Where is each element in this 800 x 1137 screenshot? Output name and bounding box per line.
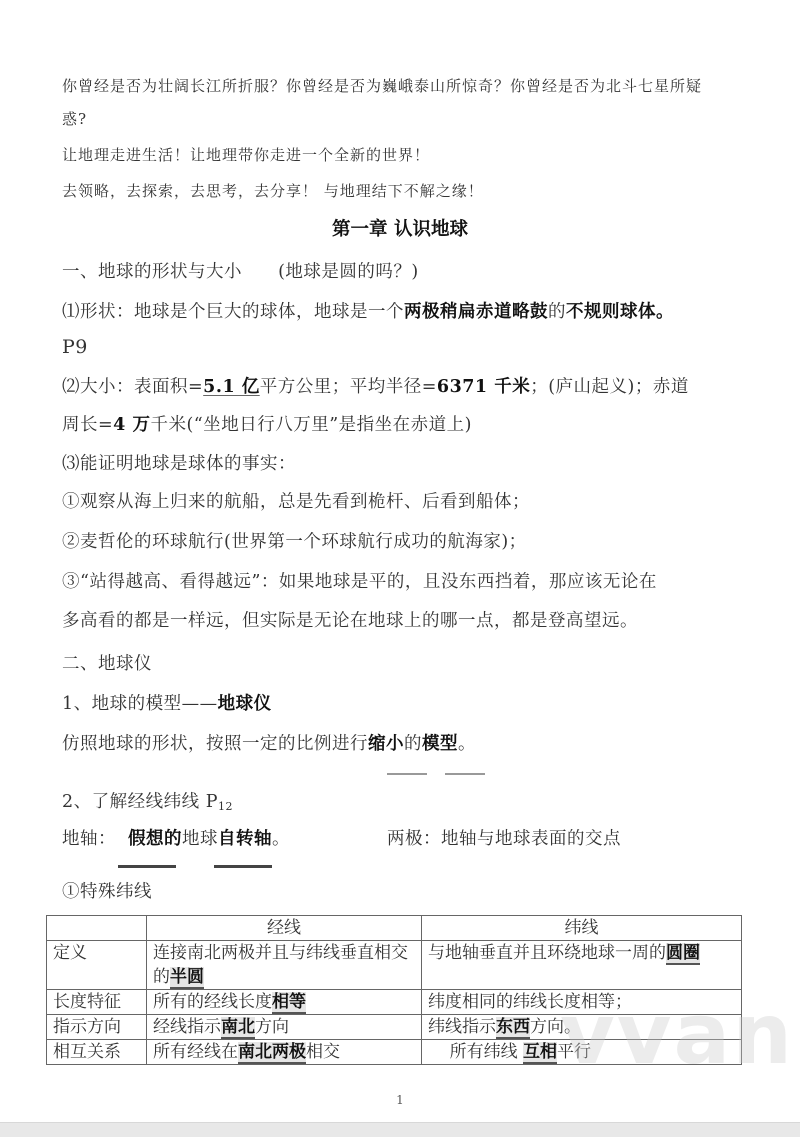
meridian-parallel-text: 2、了解经线纬线 P [62, 792, 218, 812]
model-bold-2: 模型 [422, 734, 458, 754]
axis-suffix: 。 [272, 829, 290, 849]
blank-underline-2 [445, 773, 485, 775]
cell-text: 方向。 [530, 1017, 581, 1037]
blank-underline-3 [118, 865, 176, 868]
cell-highlight: 东西 [496, 1017, 530, 1039]
globe-model-prefix: 1、地球的模型—— [62, 694, 218, 714]
special-lines-heading: ①特殊纬线 [62, 878, 152, 903]
circumference-value: 4 万 [113, 415, 150, 435]
intro-line-1: 你曾经是否为壮阔长江所折服？你曾经是否为巍峨泰山所惊奇？你曾经是否为北斗七星所疑 [62, 75, 702, 96]
table-header-row: 经线 纬线 [47, 916, 742, 941]
parallel-cell: 纬线指示东西方向。 [422, 1015, 742, 1040]
cell-text: 平行 [557, 1042, 591, 1062]
blank-underline-4 [214, 865, 272, 868]
parallel-cell: 纬度相同的纬线长度相等； [422, 990, 742, 1015]
meridian-cell: 所有的经线长度相等 [147, 990, 422, 1015]
shape-bold-2: 不规则球体。 [566, 302, 674, 322]
table-header-parallel: 纬线 [422, 916, 742, 941]
cell-highlight: 南北两极 [238, 1042, 306, 1064]
model-prefix: 仿照地球的形状，按照一定的比例进行 [62, 734, 368, 754]
intro-line-2: 让地理走进生活！让地理带你走进一个全新的世界！ [62, 144, 430, 165]
cell-text: 所有纬线 [428, 1042, 523, 1062]
page-ref-subscript: 12 [218, 800, 233, 813]
cell-text: 纬度相同的纬线长度相等； [428, 992, 632, 1012]
intro-line-1-cont: 惑? [62, 108, 87, 129]
axis-bold-2: 自转轴 [218, 829, 272, 849]
globe-model-line: 1、地球的模型——地球仪 [62, 690, 272, 715]
radius-value: 6371 千米 [437, 377, 530, 397]
parallel-cell: 所有纬线 互相平行 [422, 1040, 742, 1065]
parallel-cell: 与地轴垂直并且环绕地球一周的圆圈 [422, 941, 742, 990]
table-row: 相互关系 所有经线在南北两极相交 所有纬线 互相平行 [47, 1040, 742, 1065]
row-label: 长度特征 [47, 990, 147, 1015]
table-header-empty [47, 916, 147, 941]
cell-text: 所有经线在 [153, 1042, 238, 1062]
axis-label: 地轴： [62, 829, 116, 849]
cell-highlight: 圆圈 [666, 943, 700, 965]
cell-text: 方向 [255, 1017, 289, 1037]
document-page: 你曾经是否为壮阔长江所折服？你曾经是否为巍峨泰山所惊奇？你曾经是否为北斗七星所疑… [0, 0, 800, 1137]
section-2-heading: 二、地球仪 [62, 650, 152, 675]
axis-mid: 地球 [182, 829, 218, 849]
circumference-suffix: 千米(“坐地日行八万里”是指坐在赤道上) [150, 415, 472, 435]
row-label: 定义 [47, 941, 147, 990]
size-mid-2: ；(庐山起义)；赤道 [530, 377, 689, 397]
page-number: 1 [0, 1093, 800, 1107]
row-label: 指示方向 [47, 1015, 147, 1040]
section-1-heading-note: (地球是圆的吗？) [278, 262, 419, 282]
shape-mid: 的 [548, 302, 566, 322]
cell-highlight: 相等 [272, 992, 306, 1014]
cell-highlight: 南北 [221, 1017, 255, 1039]
cell-text: 纬线指示 [428, 1017, 496, 1037]
section-1-heading: 一、地球的形状与大小 (地球是圆的吗？) [62, 258, 419, 283]
size-prefix: ⑵大小：表面积= [62, 377, 203, 397]
globe-model-bold: 地球仪 [218, 694, 272, 714]
cell-text: 相交 [306, 1042, 340, 1062]
model-mid: 的 [404, 734, 422, 754]
evidence-item-1: ①观察从海上归来的航船，总是先看到桅杆、后看到船体； [62, 488, 530, 513]
axis-line: 地轴：假想的地球自转轴。 [62, 825, 290, 850]
evidence-item-2: ②麦哲伦的环球航行(世界第一个环球航行成功的航海家)； [62, 528, 527, 553]
evidence-heading: ⑶能证明地球是球体的事实： [62, 450, 296, 475]
table-row: 定义 连接南北两极并且与纬线垂直相交的半圆 与地轴垂直并且环绕地球一周的圆圈 [47, 941, 742, 990]
intro-line-3: 去领略，去探索，去思考，去分享！ 与地理结下不解之缘！ [62, 180, 484, 201]
size-line-2: 周长=4 万千米(“坐地日行八万里”是指坐在赤道上) [62, 411, 472, 436]
cell-text: 与地轴垂直并且环绕地球一周的 [428, 943, 666, 963]
size-line-1: ⑵大小：表面积=5.1 亿平方公里；平均半径=6371 千米；(庐山起义)；赤道 [62, 373, 689, 398]
shape-bold-1: 两极稍扁赤道略鼓 [404, 302, 548, 322]
shape-line: ⑴形状：地球是个巨大的球体，地球是一个两极稍扁赤道略鼓的不规则球体。 [62, 298, 674, 323]
cell-highlight: 互相 [523, 1042, 557, 1064]
model-bold-1: 缩小 [368, 734, 404, 754]
meridian-cell: 经线指示南北方向 [147, 1015, 422, 1040]
axis-bold-1: 假想的 [128, 829, 182, 849]
model-definition-line: 仿照地球的形状，按照一定的比例进行缩小的模型。 [62, 730, 476, 755]
page-bottom-edge [0, 1122, 800, 1137]
evidence-item-3-cont: 多高看的都是一样远，但实际是无论在地球上的哪一点，都是登高望远。 [62, 607, 638, 632]
page-ref-p9: P9 [62, 336, 88, 358]
model-suffix: 。 [458, 734, 476, 754]
meridian-parallel-heading: 2、了解经线纬线 P12 [62, 788, 233, 813]
section-1-heading-text: 一、地球的形状与大小 [62, 262, 242, 282]
evidence-item-3: ③“站得越高、看得越远”：如果地球是平的，且没东西挡着，那应该无论在 [62, 568, 657, 593]
shape-prefix: ⑴形状：地球是个巨大的球体，地球是一个 [62, 302, 404, 322]
cell-text: 所有的经线长度 [153, 992, 272, 1012]
meridian-cell: 连接南北两极并且与纬线垂直相交的半圆 [147, 941, 422, 990]
meridian-cell: 所有经线在南北两极相交 [147, 1040, 422, 1065]
table-row: 指示方向 经线指示南北方向 纬线指示东西方向。 [47, 1015, 742, 1040]
blank-underline-1 [387, 773, 427, 775]
cell-text: 经线指示 [153, 1017, 221, 1037]
table-row: 长度特征 所有的经线长度相等 纬度相同的纬线长度相等； [47, 990, 742, 1015]
meridian-parallel-table: 经线 纬线 定义 连接南北两极并且与纬线垂直相交的半圆 与地轴垂直并且环绕地球一… [46, 915, 742, 1065]
circumference-prefix: 周长= [62, 415, 113, 435]
size-mid-1: 平方公里；平均半径= [260, 377, 437, 397]
row-label: 相互关系 [47, 1040, 147, 1065]
cell-highlight: 半圆 [170, 967, 204, 989]
chapter-title: 第一章 认识地球 [0, 215, 800, 241]
table-header-meridian: 经线 [147, 916, 422, 941]
surface-area-value: 5.1 亿 [203, 377, 260, 397]
poles-definition: 两极：地轴与地球表面的交点 [387, 825, 621, 850]
